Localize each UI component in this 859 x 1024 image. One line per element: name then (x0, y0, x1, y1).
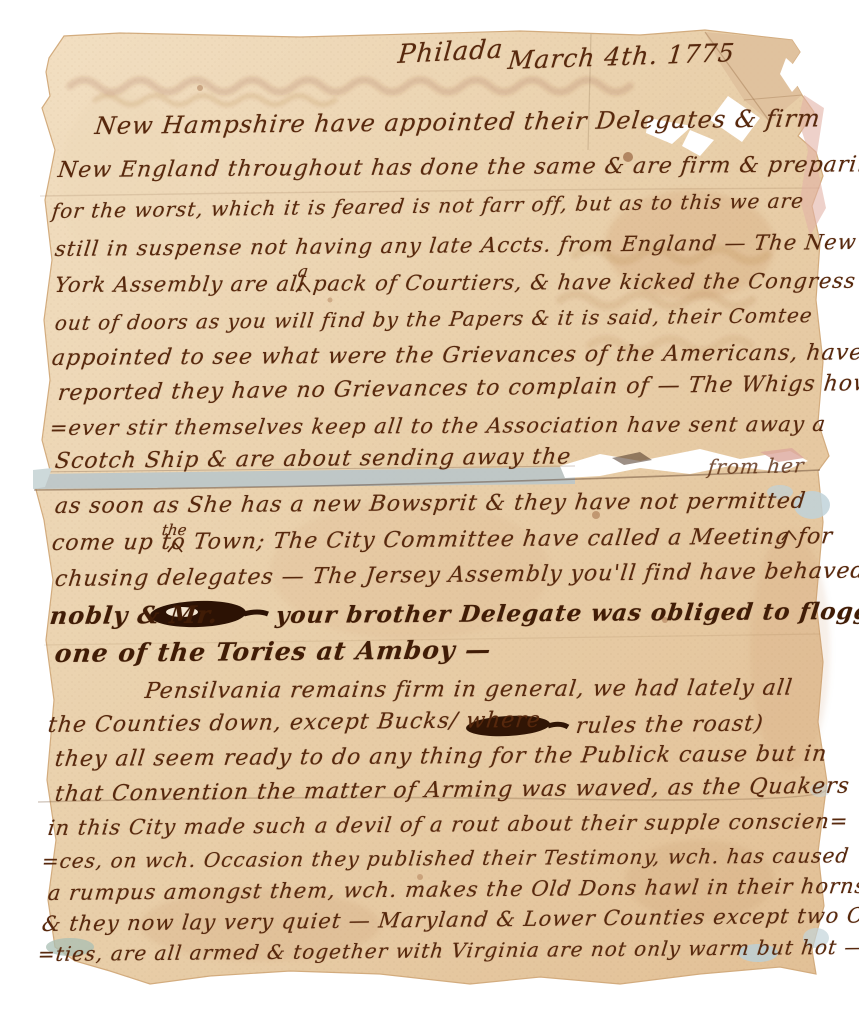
handwritten-line: York Assembly are all pack of Courtiers,… (54, 269, 858, 297)
handwritten-line: =ever stir themselves keep all to the As… (49, 412, 828, 440)
handwritten-line: Pensilvania remains firm in general, we … (144, 676, 795, 704)
handwritten-line: Scotch Ship & are about sending away the (54, 444, 573, 474)
handwritten-line: as soon as She has a new Bowsprit & they… (54, 489, 808, 519)
handwritten-line: nobly & Mr. (48, 600, 219, 630)
handwritten-line: the Counties down, except Bucks/ where (47, 708, 543, 738)
handwritten-line-fragment: rules the roast) (575, 711, 765, 739)
header-place: Philada (397, 34, 505, 70)
interlinear-insertion: the (161, 521, 188, 539)
handwritten-line: one of the Tories at Amboy — (53, 635, 493, 668)
handwritten-line-fragment: from her (707, 453, 806, 479)
handwritten-line-fragment: your brother Delegate was obliged to flo… (274, 598, 859, 629)
letter-photo: Philada March 4th. 1775 New Hampshire ha… (0, 0, 859, 1024)
